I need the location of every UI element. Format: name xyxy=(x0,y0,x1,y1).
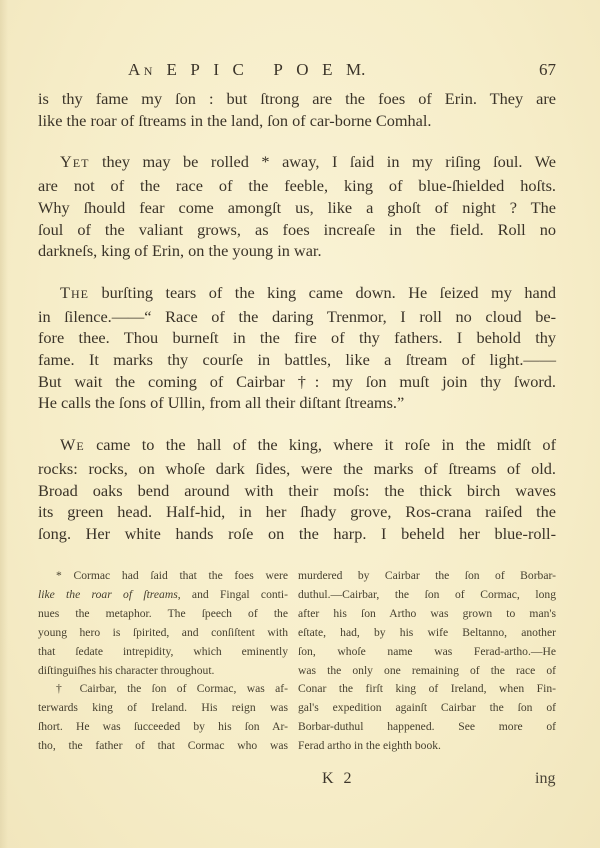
footnote-line: gal's expedition againſt Cairbar the ſon… xyxy=(298,699,556,718)
text-line: ſong. Her white hands roſe on the harp. … xyxy=(38,523,556,545)
title-letter: O xyxy=(296,60,322,79)
catchword: ing xyxy=(535,770,555,788)
footnote-line: murdered by Cairbar the ſon of Borbar- xyxy=(298,567,556,586)
footnote-line: * Cormac had ſaid that the foes were xyxy=(38,567,288,586)
footnote-line: diſtinguiſhes his character throughout. xyxy=(38,662,288,681)
text-line: are not of the race of the feeble, king … xyxy=(38,175,556,197)
footnote-line: nues the metaphor. The ſpeech of the xyxy=(38,605,288,624)
small-caps-opening: WE xyxy=(60,435,85,454)
footnotes: * Cormac had ſaid that the foes were lik… xyxy=(38,567,556,756)
footnote-line: like the roar of ſtreams, and Fingal con… xyxy=(38,586,288,605)
text-line: rocks: rocks, on whoſe dark ſides, were … xyxy=(38,458,556,480)
title-letter: M. xyxy=(346,60,365,79)
text-line: fore thee. Thou burneſt in the fire of t… xyxy=(38,327,556,349)
drop-letter: Y xyxy=(60,152,73,171)
footnote-line: duthul.—Cairbar, the ſon of Cormac, long xyxy=(298,586,556,605)
footnote-line: was the only one remaining of the race o… xyxy=(298,662,556,681)
title-letter: P xyxy=(273,60,296,79)
text-line: WE came to the hall of the king, where i… xyxy=(38,434,556,458)
text-line: fame. It marks thy courſe in battles, li… xyxy=(38,349,556,371)
text-line: Why ſhould fear come amongſt us, like a … xyxy=(38,197,556,219)
text-line: THE burſting tears of the king came down… xyxy=(38,282,556,306)
small-caps-opening: THE xyxy=(60,283,89,302)
paragraph-1: is thy fame my ſon : but ſtrong are the … xyxy=(38,88,556,131)
text-line: He calls the ſons of Ullin, from all the… xyxy=(38,392,556,414)
title-letter: I xyxy=(213,60,232,79)
footnotes-right-column: murdered by Cairbar the ſon of Borbar- d… xyxy=(298,567,556,756)
drop-letter: W xyxy=(60,435,76,454)
text-line: its green head. Half-hid, in her ſhady g… xyxy=(38,501,556,523)
footnote-line: tho, the father of that Cormac who was xyxy=(38,737,288,756)
running-head: ANEPICPOEM. 67 xyxy=(38,60,556,84)
line-text: burſting tears of the king came down. He… xyxy=(89,283,556,302)
footnote-line: young hero is ſpirited, and conſiſtent w… xyxy=(38,624,288,643)
book-page: ANEPICPOEM. 67 is thy fame my ſon : but … xyxy=(0,0,600,848)
signature-mark: K 2 xyxy=(322,770,355,788)
running-title: ANEPICPOEM. xyxy=(128,60,365,80)
small-caps-opening: YET xyxy=(60,152,89,171)
text-line: darkneſs, king of Erin, on the young in … xyxy=(38,240,556,262)
paragraph-4: WE came to the hall of the king, where i… xyxy=(38,434,556,545)
text-line: is thy fame my ſon : but ſtrong are the … xyxy=(38,88,556,110)
text-line: ſoul of the valiant grows, as foes incre… xyxy=(38,219,556,241)
line-text: they may be rolled * away, I ſaid in my … xyxy=(89,152,556,171)
line-text: came to the hall of the king, where it r… xyxy=(85,435,556,454)
footnote-line: that ſedate intrepidity, which eminently xyxy=(38,643,288,662)
drop-letter: T xyxy=(60,283,71,302)
title-letter: E xyxy=(322,60,346,79)
text-line: But wait the coming of Cairbar †: my ſon… xyxy=(38,371,556,393)
title-letter: C xyxy=(232,60,257,79)
title-letter: E xyxy=(166,60,190,79)
body-text: is thy fame my ſon : but ſtrong are the … xyxy=(38,88,556,565)
text-line: in ſilence.——“ Race of the daring Trenmo… xyxy=(38,306,556,328)
footnote-text: , and Fingal conti- xyxy=(178,588,288,601)
footnote-line: ſon, whoſe name was Ferad-artho.—He xyxy=(298,643,556,662)
footnotes-left-column: * Cormac had ſaid that the foes were lik… xyxy=(38,567,288,756)
footnote-line: Conar the firſt king of Ireland, when Fi… xyxy=(298,680,556,699)
title-letter: N xyxy=(144,64,153,78)
footnote-line: terwards king of Ireland. His reign was xyxy=(38,699,288,718)
footnote-line: after his ſon Artho was grown to man's xyxy=(298,605,556,624)
text-line: like the roar of ſtreams in the land, ſo… xyxy=(38,110,556,132)
page-number: 67 xyxy=(539,60,556,80)
small-caps: HE xyxy=(71,287,89,301)
text-line: Broad oaks bend around with their moſs: … xyxy=(38,480,556,502)
small-caps: E xyxy=(76,439,84,453)
paragraph-3: THE burſting tears of the king came down… xyxy=(38,282,556,414)
small-caps: ET xyxy=(73,156,90,170)
footnote-line: † Cairbar, the ſon of Cormac, was af- xyxy=(38,680,288,699)
text-line: YET they may be rolled * away, I ſaid in… xyxy=(38,151,556,175)
footnote-line: ſhort. He was ſucceeded by his ſon Ar- xyxy=(38,718,288,737)
footnote-line: Ferad artho in the eighth book. xyxy=(298,737,556,756)
footnote-line: eſtate, had, by his wife Beltanno, anoth… xyxy=(298,624,556,643)
paragraph-2: YET they may be rolled * away, I ſaid in… xyxy=(38,151,556,262)
italic-quote: like the roar of ſtreams xyxy=(38,588,178,601)
footnote-line: Borbar-duthul happened. See more of xyxy=(298,718,556,737)
title-letter: P xyxy=(190,60,213,79)
